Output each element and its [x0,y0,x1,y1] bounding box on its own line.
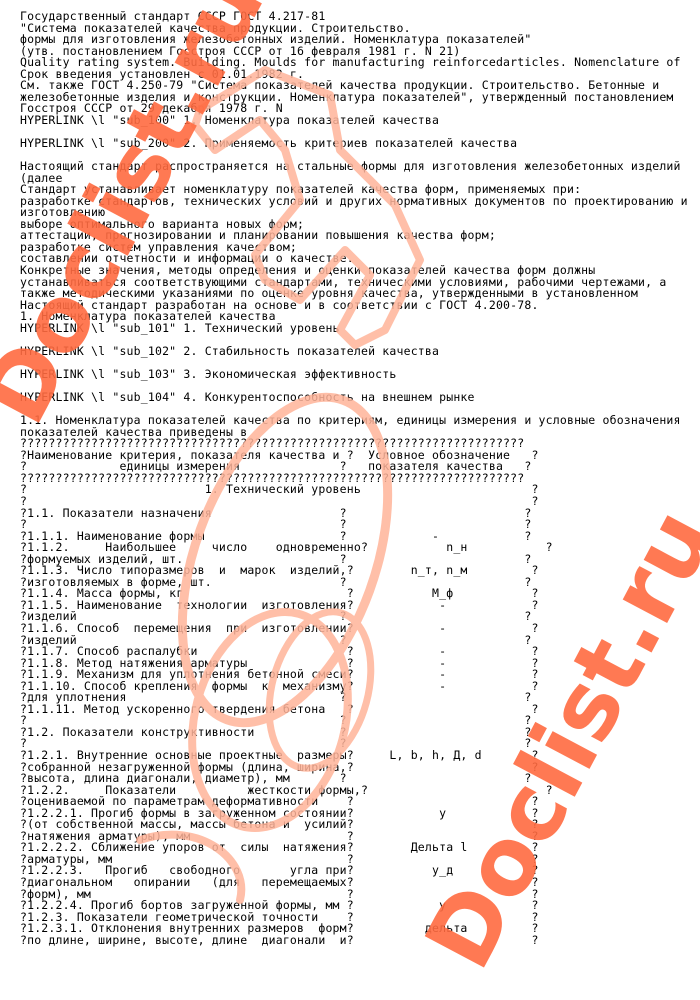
text-line: ?по длине, ширине, высоте, длине диагона… [20,935,700,947]
text-line[interactable]: HYPERLINK \l "sub_200" 2. Применяемость … [20,138,700,150]
text-line: разработке стандартов, технических услов… [20,196,700,208]
text-line[interactable]: HYPERLINK \l "sub_100" 1. Номенклатура п… [20,115,700,127]
text-line[interactable]: HYPERLINK \l "sub_103" 3. Экономическая … [20,369,700,381]
document-body: Государственный стандарт СССР ГОСТ 4.217… [20,11,700,946]
text-line: Настоящий стандарт распространяется на с… [20,161,700,173]
text-line[interactable]: HYPERLINK \l "sub_102" 2. Стабильность п… [20,346,700,358]
text-line[interactable]: HYPERLINK \l "sub_101" 1. Технический ур… [20,323,700,335]
text-line[interactable]: HYPERLINK \l "sub_104" 4. Конкурентоспос… [20,392,700,404]
